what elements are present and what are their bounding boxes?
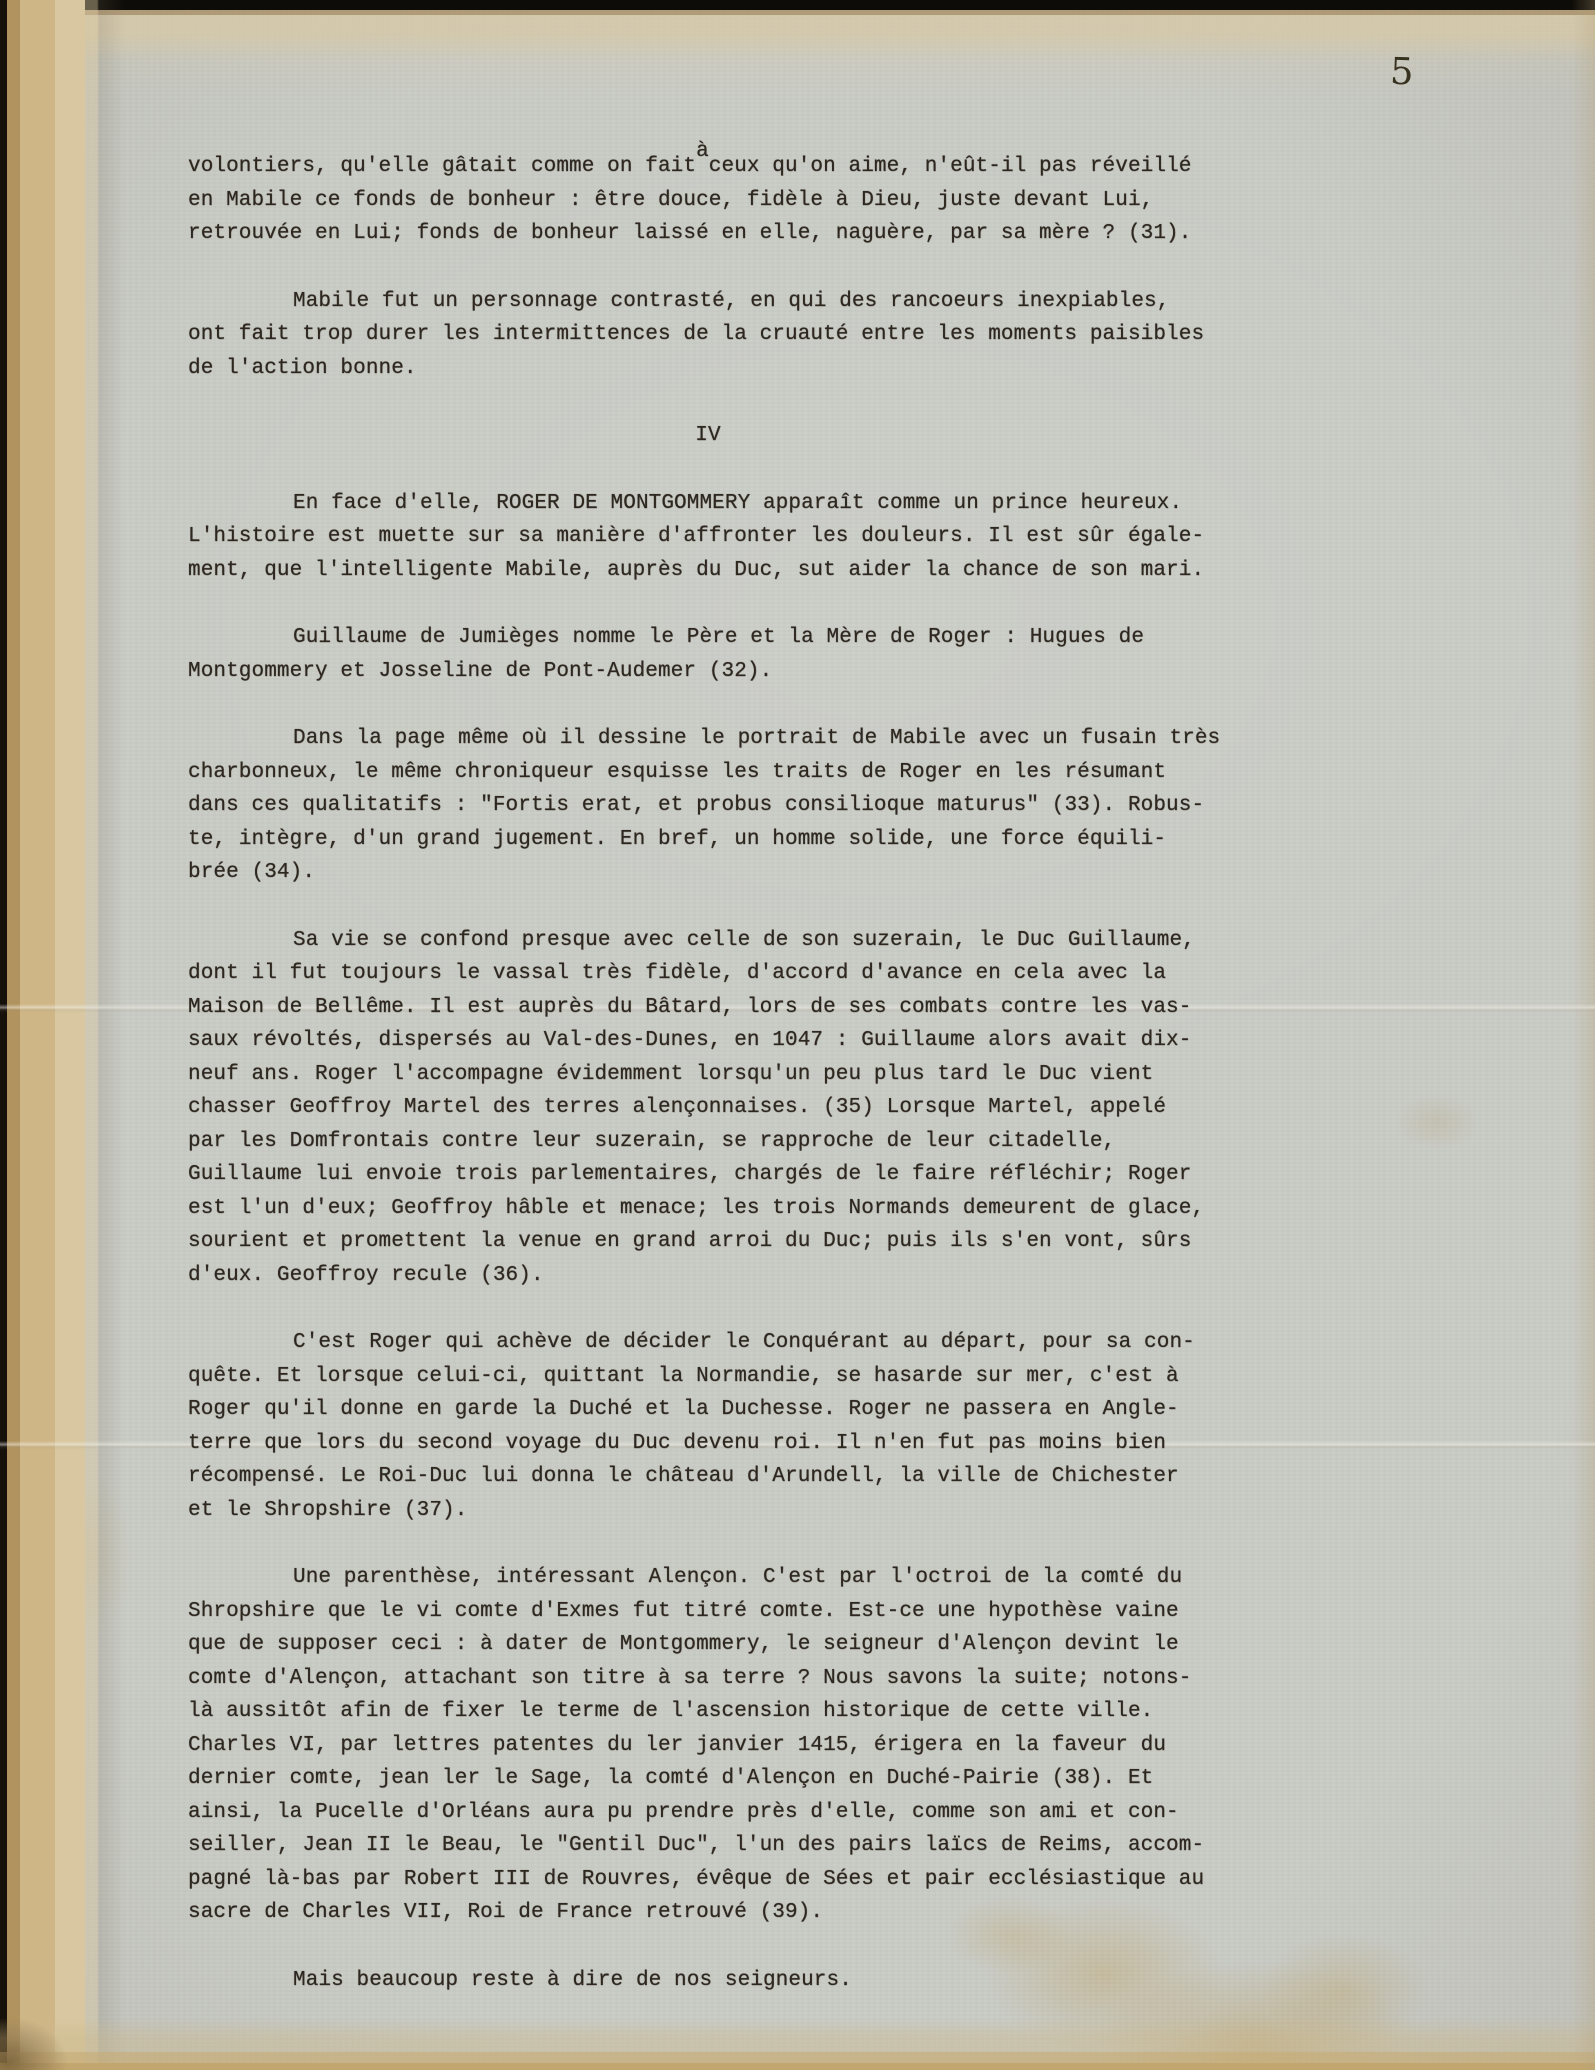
text-line: terre que lors du second voyage du Duc d… (188, 1427, 1228, 1461)
text-line: en Mabile ce fonds de bonheur : être dou… (188, 184, 1228, 218)
paragraph: En face d'elle, ROGER DE MONTGOMMERY app… (188, 487, 1228, 588)
text-line: L'histoire est muette sur sa manière d'a… (188, 520, 1228, 554)
page-number: 5 (1389, 50, 1414, 94)
paragraph: Une parenthèse, intéressant Alençon. C'e… (188, 1561, 1228, 1930)
scanned-document: { "page": { "number": "5" }, "content": … (0, 0, 1595, 2070)
typed-correction-superscript: à (696, 140, 709, 163)
text-line: dernier comte, jean ler le Sage, la comt… (188, 1762, 1228, 1796)
typewritten-text: volontiers, qu'elle gâtait comme on fait… (188, 150, 1228, 2031)
text-segment: volontiers, qu'elle gâtait comme on fait (188, 155, 696, 178)
scan-edge-top (0, 0, 1595, 60)
text-line: quête. Et lorsque celui-ci, quittant la … (188, 1360, 1228, 1394)
text-line: Dans la page même où il dessine le portr… (188, 722, 1228, 756)
paragraph: Dans la page même où il dessine le portr… (188, 722, 1228, 890)
text-line: Guillaume lui envoie trois parlementaire… (188, 1158, 1228, 1192)
text-segment: ceux qu'on aime, n'eût-il pas réveillé (709, 155, 1192, 178)
text-line: ainsi, la Pucelle d'Orléans aura pu pren… (188, 1796, 1228, 1830)
paragraph: Mais beaucoup reste à dire de nos seigne… (188, 1964, 1228, 1998)
scanned-page: 5 volontiers, qu'elle gâtait comme on fa… (0, 0, 1595, 2070)
text-line: Maison de Bellême. Il est auprès du Bâta… (188, 991, 1228, 1025)
text-line: Mais beaucoup reste à dire de nos seigne… (188, 1964, 1228, 1998)
paragraph: volontiers, qu'elle gâtait comme on fait… (188, 150, 1228, 251)
text-line: là aussitôt afin de fixer le terme de l'… (188, 1695, 1228, 1729)
text-line: volontiers, qu'elle gâtait comme on fait… (188, 150, 1228, 184)
text-line: Mabile fut un personnage contrasté, en q… (188, 285, 1228, 319)
text-line: En face d'elle, ROGER DE MONTGOMMERY app… (188, 487, 1228, 521)
text-line: que de supposer ceci : à dater de Montgo… (188, 1628, 1228, 1662)
text-line: ment, que l'intelligente Mabile, auprès … (188, 554, 1228, 588)
text-line: pagné là-bas par Robert III de Rouvres, … (188, 1863, 1228, 1897)
scan-corner-bottom-left (0, 2000, 90, 2070)
text-line: chasser Geoffroy Martel des terres alenç… (188, 1091, 1228, 1125)
scan-edge-left (0, 0, 125, 2070)
text-line: neuf ans. Roger l'accompagne évidemment … (188, 1058, 1228, 1092)
text-line: Charles VI, par lettres patentes du ler … (188, 1729, 1228, 1763)
text-line: te, intègre, d'un grand jugement. En bre… (188, 823, 1228, 857)
paragraph: C'est Roger qui achève de décider le Con… (188, 1326, 1228, 1527)
text-line: est l'un d'eux; Geoffroy hâble et menace… (188, 1192, 1228, 1226)
text-line: récompensé. Le Roi-Duc lui donna le chât… (188, 1460, 1228, 1494)
text-line: brée (34). (188, 856, 1228, 890)
text-line: retrouvée en Lui; fonds de bonheur laiss… (188, 217, 1228, 251)
text-line: par les Domfrontais contre leur suzerain… (188, 1125, 1228, 1159)
text-line: seiller, Jean II le Beau, le "Gentil Duc… (188, 1829, 1228, 1863)
text-line: sacre de Charles VII, Roi de France retr… (188, 1896, 1228, 1930)
text-line: dont il fut toujours le vassal très fidè… (188, 957, 1228, 991)
scan-edge-right (1567, 0, 1595, 2070)
text-line: et le Shropshire (37). (188, 1494, 1228, 1528)
text-line: Roger qu'il donne en garde la Duché et l… (188, 1393, 1228, 1427)
text-line: comte d'Alençon, attachant son titre à s… (188, 1662, 1228, 1696)
text-line: dans ces qualitatifs : "Fortis erat, et … (188, 789, 1228, 823)
text-line: Montgommery et Josseline de Pont-Audemer… (188, 655, 1228, 689)
paragraph: Sa vie se confond presque avec celle de … (188, 924, 1228, 1293)
text-line: saux révoltés, dispersés au Val-des-Dune… (188, 1024, 1228, 1058)
text-line: Sa vie se confond presque avec celle de … (188, 924, 1228, 958)
section-heading: IV (188, 419, 1228, 453)
text-line: ont fait trop durer les intermittences d… (188, 318, 1228, 352)
paragraph: Mabile fut un personnage contrasté, en q… (188, 285, 1228, 386)
text-line: Shropshire que le vi comte d'Exmes fut t… (188, 1595, 1228, 1629)
text-line: de l'action bonne. (188, 352, 1228, 386)
text-line: sourient et promettent la venue en grand… (188, 1225, 1228, 1259)
text-line: C'est Roger qui achève de décider le Con… (188, 1326, 1228, 1360)
text-line: Guillaume de Jumièges nomme le Père et l… (188, 621, 1228, 655)
paragraph: Guillaume de Jumièges nomme le Père et l… (188, 621, 1228, 688)
text-line: Une parenthèse, intéressant Alençon. C'e… (188, 1561, 1228, 1595)
text-line: d'eux. Geoffroy recule (36). (188, 1259, 1228, 1293)
text-line: charbonneux, le même chroniqueur esquiss… (188, 756, 1228, 790)
